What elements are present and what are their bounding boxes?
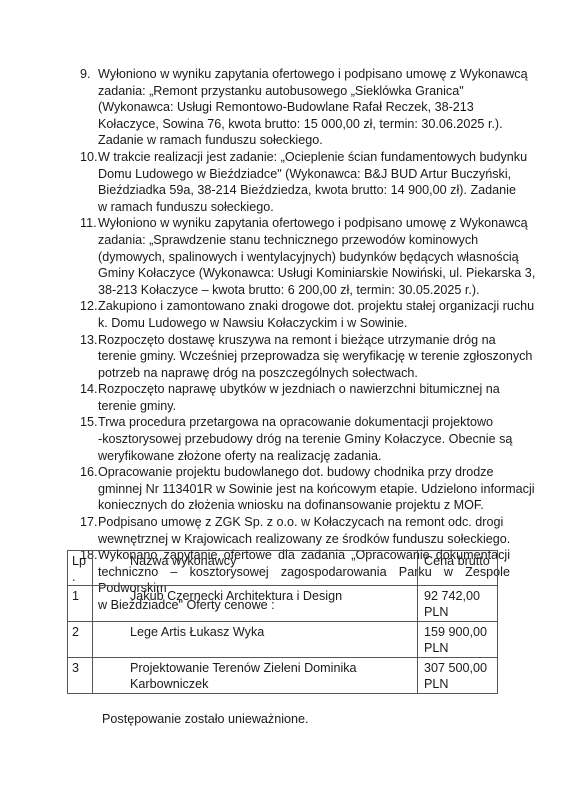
- item-text-line: koniecznych do złożenia wniosku na dofin…: [98, 497, 510, 514]
- item-text-line: (Wykonawca: Usługi Remontowo-Budowlane R…: [98, 99, 510, 116]
- item-text-line: Rozpoczęto naprawę ubytków w jezdniach o…: [98, 381, 510, 398]
- table-cell: 2: [68, 622, 93, 658]
- item-number: 13.: [80, 332, 98, 349]
- item-text-line: wewnętrznej w Krajowicach realizowany ze…: [98, 531, 510, 548]
- list-item: 12.Zakupiono i zamontowano znaki drogowe…: [80, 298, 510, 331]
- table-cell: 3: [68, 658, 93, 694]
- table-cell: Lege Artis Łukasz Wyka: [93, 622, 418, 658]
- header-cell: Nazwa wykonawcy: [93, 551, 418, 586]
- table-cell: Projektowanie Terenów Zieleni DominikaKa…: [93, 658, 418, 694]
- item-text-line: Opracowanie projektu budowlanego dot. bu…: [98, 464, 510, 481]
- item-text-line: Wyłoniono w wyniku zapytania ofertowego …: [98, 66, 510, 83]
- table-cell: 159 900,00PLN: [418, 622, 498, 658]
- offers-table: Lp.Nazwa wykonawcyCena brutto1Jakub Czer…: [67, 550, 498, 694]
- procedure-status-note: Postępowanie zostało unieważnione.: [102, 712, 309, 726]
- item-text-line: Gminy Kołaczyce (Wykonawca: Usługi Komin…: [98, 265, 510, 282]
- item-number: 15.: [80, 414, 98, 431]
- list-item: 16.Opracowanie projektu budowlanego dot.…: [80, 464, 510, 514]
- item-text-line: (dymowych, spalinowych i wentylacyjnych)…: [98, 249, 510, 266]
- list-item: 17.Podpisano umowę z ZGK Sp. z o.o. w Ko…: [80, 514, 510, 547]
- item-text-line: Bieździadka 59a, 38-214 Bieździedza, kwo…: [98, 182, 510, 199]
- item-number: 12.: [80, 298, 98, 315]
- item-text-line: Zakupiono i zamontowano znaki drogowe do…: [98, 298, 510, 315]
- table-row: 1Jakub Czernecki Architektura i Design92…: [68, 586, 498, 622]
- header-cell: Lp.: [68, 551, 93, 586]
- list-item: 10.W trakcie realizacji jest zadanie: „O…: [80, 149, 510, 215]
- item-number: 16.: [80, 464, 98, 481]
- list-item: 11.Wyłoniono w wyniku zapytania ofertowe…: [80, 215, 510, 298]
- item-text-line: W trakcie realizacji jest zadanie: „Ocie…: [98, 149, 510, 166]
- table-row: 3Projektowanie Terenów Zieleni DominikaK…: [68, 658, 498, 694]
- item-text-line: Domu Ludowego w Bieździadce" (Wykonawca:…: [98, 166, 510, 183]
- item-text-line: Podpisano umowę z ZGK Sp. z o.o. w Kołac…: [98, 514, 510, 531]
- table-cell: 307 500,00PLN: [418, 658, 498, 694]
- item-text-line: Trwa procedura przetargowa na opracowani…: [98, 414, 510, 431]
- report-items-list: 9.Wyłoniono w wyniku zapytania ofertoweg…: [80, 66, 510, 614]
- item-text-line: potrzeb na naprawę dróg na poszczególnyc…: [98, 365, 510, 382]
- table-cell: 1: [68, 586, 93, 622]
- list-item: 13.Rozpoczęto dostawę kruszywa na remont…: [80, 332, 510, 382]
- item-number: 11.: [80, 215, 97, 232]
- table-cell: Jakub Czernecki Architektura i Design: [93, 586, 418, 622]
- item-text-line: gminnej Nr 113401R w Sowinie jest na koń…: [98, 481, 510, 498]
- table-header: Lp.Nazwa wykonawcyCena brutto: [68, 551, 498, 586]
- item-number: 10.: [80, 149, 98, 166]
- item-text-line: w ramach funduszu sołeckiego.: [98, 199, 510, 216]
- item-text-line: k. Domu Ludowego w Nawsiu Kołaczyckim i …: [98, 315, 510, 332]
- item-text-line: terenie gminy. Wcześniej przeprowadza si…: [98, 348, 510, 365]
- item-text-line: Wyłoniono w wyniku zapytania ofertowego …: [98, 215, 510, 232]
- header-cell: Cena brutto: [418, 551, 498, 586]
- item-text-line: Zadanie w ramach funduszu sołeckiego.: [98, 132, 510, 149]
- item-text-line: 38-213 Kołaczyce – kwota brutto: 6 200,0…: [98, 282, 510, 299]
- item-number: 17.: [80, 514, 98, 531]
- item-text-line: weryfikowane złożone oferty na realizacj…: [98, 448, 510, 465]
- item-text-line: Kołaczyce, Sowina 76, kwota brutto: 15 0…: [98, 116, 510, 133]
- item-number: 14.: [80, 381, 98, 398]
- list-item: 14.Rozpoczęto naprawę ubytków w jezdniac…: [80, 381, 510, 414]
- item-text-line: -kosztorysowej przebudowy dróg na tereni…: [98, 431, 510, 448]
- item-number: 9.: [80, 66, 91, 83]
- table-row: 2Lege Artis Łukasz Wyka159 900,00PLN: [68, 622, 498, 658]
- item-text-line: zadania: „Remont przystanku autobusowego…: [98, 83, 510, 100]
- item-text-line: Rozpoczęto dostawę kruszywa na remont i …: [98, 332, 510, 349]
- list-item: 15.Trwa procedura przetargowa na opracow…: [80, 414, 510, 464]
- list-item: 9.Wyłoniono w wyniku zapytania ofertoweg…: [80, 66, 510, 149]
- table-cell: 92 742,00PLN: [418, 586, 498, 622]
- item-text-line: terenie gminy.: [98, 398, 510, 415]
- item-text-line: zadania: „Sprawdzenie stanu technicznego…: [98, 232, 510, 249]
